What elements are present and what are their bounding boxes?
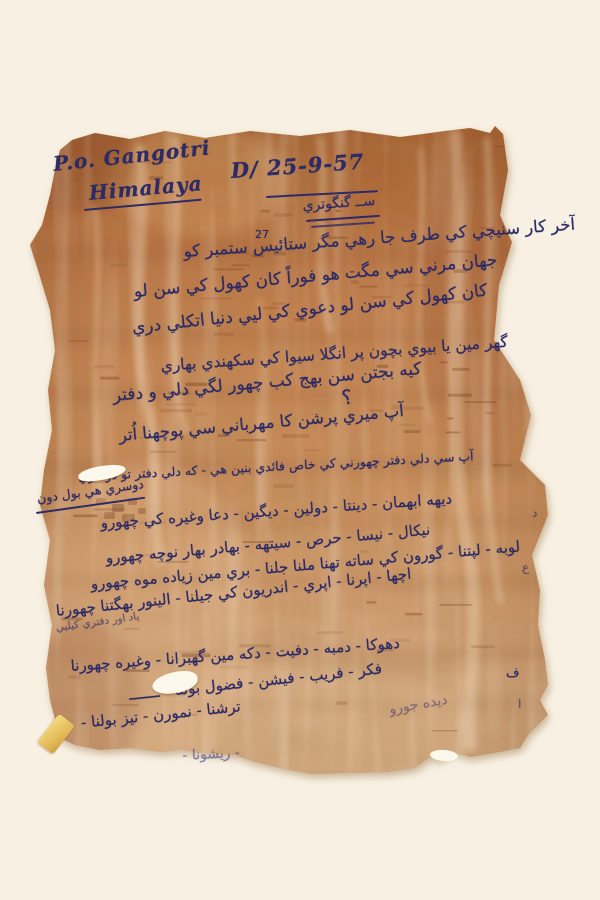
margin-marker-2: ع — [522, 560, 529, 574]
margin-marker-1: د — [532, 506, 537, 520]
birch-bark-sheet — [0, 0, 600, 900]
list-line-8: - ريشونا - — [182, 745, 240, 764]
margin-marker-3: ف — [506, 666, 519, 681]
margin-marker-4: ا — [518, 697, 521, 711]
photographed-letter: P.o. Gangotri Himalaya D/ 25-9-57 ســ گن… — [0, 0, 600, 900]
